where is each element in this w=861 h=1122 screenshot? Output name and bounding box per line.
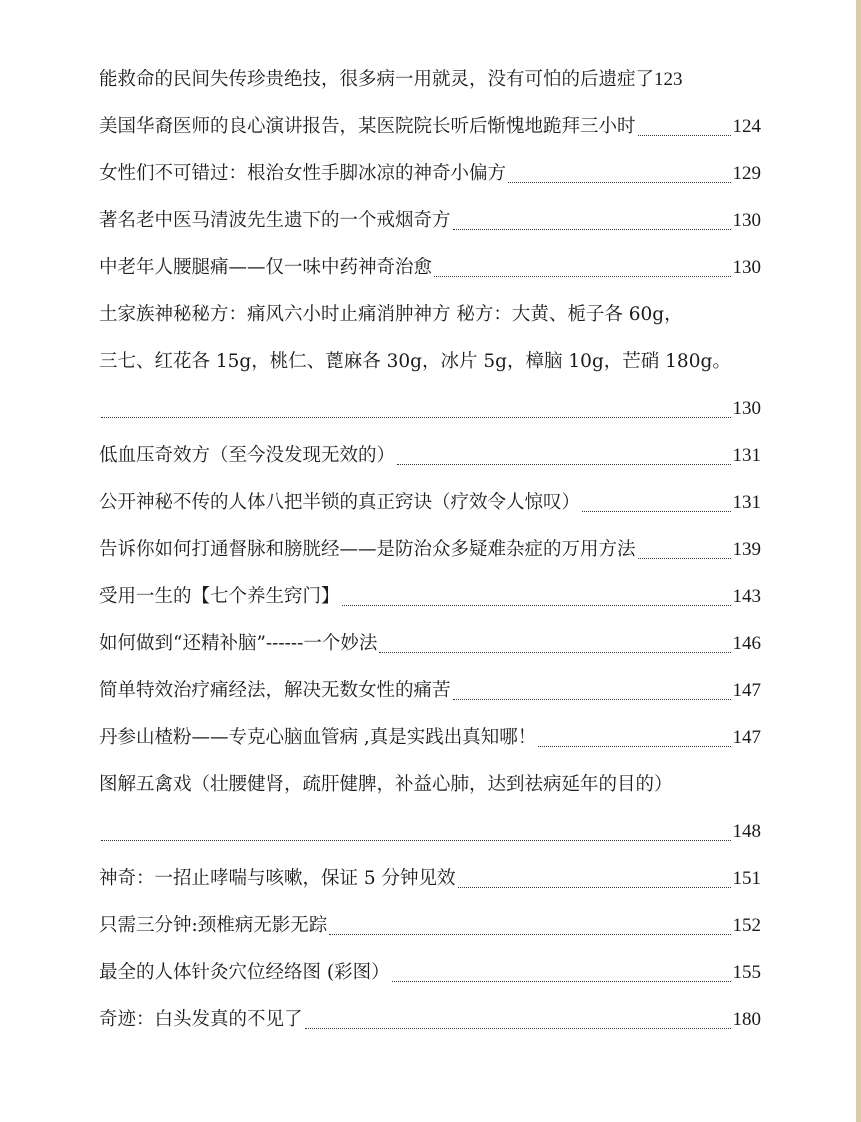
toc-entry[interactable]: 公开神秘不传的人体八把半锁的真正窍诀（疗效令人惊叹）131 <box>99 479 761 526</box>
toc-entry-page: 152 <box>733 902 762 949</box>
page-edge-strip <box>856 0 861 1122</box>
toc-entry-title: 美国华裔医师的良心演讲报告，某医院院长听后惭愧地跪拜三小时 <box>99 103 636 150</box>
toc-entry[interactable]: 神奇：一招止哮喘与咳嗽，保证 5 分钟见效151 <box>99 855 761 902</box>
dot-leader <box>638 103 731 150</box>
toc-entry-page: 148 <box>733 808 762 855</box>
toc-entry[interactable]: 丹参山楂粉——专克心脑血管病 ,真是实践出真知哪！147 <box>99 714 761 761</box>
toc-entry[interactable]: 只需三分钟:颈椎病无影无踪152 <box>99 902 761 949</box>
toc-entry-page: 130 <box>733 197 762 244</box>
toc-entry[interactable]: 美国华裔医师的良心演讲报告，某医院院长听后惭愧地跪拜三小时124 <box>99 103 761 150</box>
toc-entry-page: 123 <box>654 56 683 103</box>
dot-leader <box>434 244 730 291</box>
toc-entry-page: 147 <box>733 714 762 761</box>
toc-entry-title: 如何做到“还精补脑”------一个妙法 <box>99 620 377 667</box>
toc-entry-page: 151 <box>733 855 762 902</box>
toc-entry-page: 155 <box>733 949 762 996</box>
toc-entry-page: 124 <box>733 103 762 150</box>
toc-entry-line-1[interactable]: 土家族神秘秘方：痛风六小时止痛消肿神方 秘方：大黄、栀子各 60g， <box>99 291 761 338</box>
dot-leader <box>329 902 730 949</box>
toc-entry-title: 三七、红花各 15g，桃仁、蓖麻各 30g，冰片 5g，樟脑 10g，芒硝 18… <box>99 338 731 385</box>
toc-entry-title: 女性们不可错过：根治女性手脚冰凉的神奇小偏方 <box>99 150 506 197</box>
toc-entry-title: 丹参山楂粉——专克心脑血管病 ,真是实践出真知哪！ <box>99 714 536 761</box>
dot-leader <box>538 714 730 761</box>
toc-entry-page: 146 <box>733 620 762 667</box>
toc-entry[interactable]: 女性们不可错过：根治女性手脚冰凉的神奇小偏方129 <box>99 150 761 197</box>
toc-entry[interactable]: 奇迹：白头发真的不见了180 <box>99 996 761 1043</box>
dot-leader <box>392 949 731 996</box>
toc-entry[interactable]: 最全的人体针灸穴位经络图 (彩图）155 <box>99 949 761 996</box>
toc-entry-title: 神奇：一招止哮喘与咳嗽，保证 5 分钟见效 <box>99 855 456 902</box>
toc-entry-title: 奇迹：白头发真的不见了 <box>99 996 303 1043</box>
toc-entry-title: 土家族神秘秘方：痛风六小时止痛消肿神方 秘方：大黄、栀子各 60g， <box>99 291 683 338</box>
toc-entry-page: 143 <box>733 573 762 620</box>
toc-entry-title: 著名老中医马清波先生遗下的一个戒烟奇方 <box>99 197 451 244</box>
dot-leader <box>453 197 731 244</box>
toc-entry-line-2[interactable]: 三七、红花各 15g，桃仁、蓖麻各 30g，冰片 5g，樟脑 10g，芒硝 18… <box>99 338 761 385</box>
toc-entry-line-1[interactable]: 图解五禽戏（壮腰健肾，疏肝健脾，补益心肺，达到祛病延年的目的） <box>99 761 761 808</box>
toc-entry-page: 131 <box>733 432 762 479</box>
toc-entry-page: 139 <box>733 526 762 573</box>
toc-entry-title: 低血压奇效方（至今没发现无效的） <box>99 432 395 479</box>
dot-leader <box>453 667 731 714</box>
toc-entry[interactable]: 中老年人腰腿痛——仅一味中药神奇治愈130 <box>99 244 761 291</box>
dot-leader <box>101 808 731 855</box>
toc-entry[interactable]: 如何做到“还精补脑”------一个妙法146 <box>99 620 761 667</box>
toc-entry-title: 能救命的民间失传珍贵绝技，很多病一用就灵，没有可怕的后遗症了 <box>99 56 654 103</box>
toc-entry-title: 简单特效治疗痛经法，解决无数女性的痛苦 <box>99 667 451 714</box>
dot-leader <box>582 479 730 526</box>
dot-leader <box>379 620 730 667</box>
toc-entry-page: 130 <box>733 244 762 291</box>
toc-entry-page: 131 <box>733 479 762 526</box>
dot-leader <box>342 573 731 620</box>
toc-entry-title: 公开神秘不传的人体八把半锁的真正窍诀（疗效令人惊叹） <box>99 479 580 526</box>
toc-entry-line-3[interactable]: 130 <box>99 385 761 432</box>
toc-entry-title: 最全的人体针灸穴位经络图 (彩图） <box>99 949 390 996</box>
dot-leader <box>101 385 731 432</box>
dot-leader <box>458 855 731 902</box>
toc-entry[interactable]: 低血压奇效方（至今没发现无效的）131 <box>99 432 761 479</box>
toc-entry-page: 130 <box>733 385 762 432</box>
toc-entry[interactable]: 简单特效治疗痛经法，解决无数女性的痛苦147 <box>99 667 761 714</box>
toc-entry-page: 147 <box>733 667 762 714</box>
table-of-contents: 能救命的民间失传珍贵绝技，很多病一用就灵，没有可怕的后遗症了123 美国华裔医师… <box>99 56 761 1043</box>
toc-entry-title: 受用一生的【七个养生窍门】 <box>99 573 340 620</box>
dot-leader <box>508 150 730 197</box>
toc-entry[interactable]: 能救命的民间失传珍贵绝技，很多病一用就灵，没有可怕的后遗症了123 <box>99 56 761 103</box>
dot-leader <box>305 996 731 1043</box>
toc-entry-title: 告诉你如何打通督脉和膀胱经——是防治众多疑难杂症的万用方法 <box>99 526 636 573</box>
dot-leader <box>638 526 731 573</box>
toc-entry-line-2[interactable]: 148 <box>99 808 761 855</box>
toc-entry-page: 180 <box>733 996 762 1043</box>
toc-entry[interactable]: 受用一生的【七个养生窍门】143 <box>99 573 761 620</box>
toc-entry-title: 只需三分钟:颈椎病无影无踪 <box>99 902 327 949</box>
toc-entry[interactable]: 著名老中医马清波先生遗下的一个戒烟奇方130 <box>99 197 761 244</box>
toc-entry[interactable]: 告诉你如何打通督脉和膀胱经——是防治众多疑难杂症的万用方法139 <box>99 526 761 573</box>
toc-entry-title: 图解五禽戏（壮腰健肾，疏肝健脾，补益心肺，达到祛病延年的目的） <box>99 761 673 808</box>
toc-entry-page: 129 <box>733 150 762 197</box>
dot-leader <box>397 432 730 479</box>
toc-entry-title: 中老年人腰腿痛——仅一味中药神奇治愈 <box>99 244 432 291</box>
